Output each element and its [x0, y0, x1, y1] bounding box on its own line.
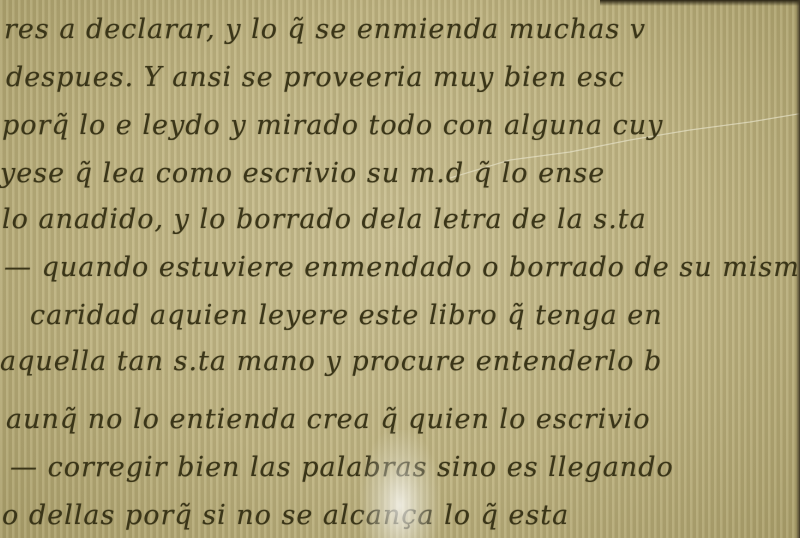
manuscript-line: yese q̃ lea como escrivio su m.d q̃ lo e… [0, 158, 605, 189]
manuscript-line: porq̃ lo e leydo y mirado todo con algun… [2, 110, 663, 141]
edge-shadow-right [796, 0, 800, 538]
edge-shadow-top [600, 0, 800, 6]
manuscript-line: lo anadido, y lo borrado dela letra de l… [2, 204, 647, 235]
manuscript-line: aunq̃ no lo entienda crea q̃ quien lo es… [6, 404, 651, 435]
light-glare [360, 430, 440, 538]
manuscript-line: res a declarar, y lo q̃ se enmienda much… [4, 14, 646, 45]
manuscript-line: — quando estuviere enmendado o borrado d… [4, 252, 800, 283]
manuscript-photo: res a declarar, y lo q̃ se enmienda much… [0, 0, 800, 538]
manuscript-line: — corregir bien las palabras sino es lle… [10, 452, 674, 483]
manuscript-line: o dellas porq̃ si no se alcança lo q̃ es… [2, 500, 569, 531]
manuscript-line: despues. Y ansi se proveeria muy bien es… [6, 62, 625, 93]
manuscript-line: aquella tan s.ta mano y procure entender… [0, 346, 662, 377]
manuscript-line: caridad aquien leyere este libro q̃ teng… [30, 300, 663, 331]
